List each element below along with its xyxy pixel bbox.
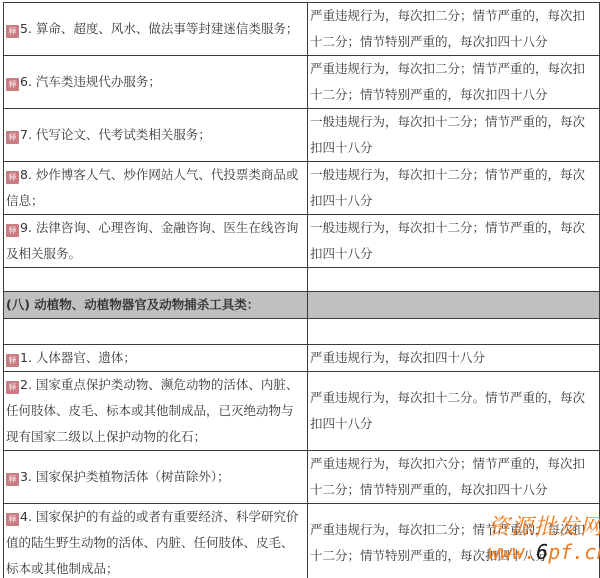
annotation-badge-icon[interactable]: 释 (6, 78, 19, 91)
table-row: 释1. 人体器官、遗体； 严重违规行为，每次扣四十八分 (4, 345, 600, 372)
table-row: 释8. 炒作博客人气、炒作网站人气、代投票类商品或信息； 一般违规行为，每次扣十… (4, 162, 600, 215)
item-cell: 释1. 人体器官、遗体； (4, 345, 308, 372)
item-cell: 释7. 代写论文、代考试类相关服务； (4, 109, 308, 162)
rules-table: 释5. 算命、超度、风水、做法事等封建迷信类服务； 严重违规行为，每次扣二分；情… (3, 2, 600, 578)
annotation-badge-icon[interactable]: 释 (6, 171, 19, 184)
annotation-badge-icon[interactable]: 释 (6, 513, 19, 526)
blank-row (4, 268, 600, 292)
table-row: 释9. 法律咨询、心理咨询、金融咨询、医生在线咨询及相关服务。 一般违规行为，每… (4, 215, 600, 268)
table-row: 释7. 代写论文、代考试类相关服务； 一般违规行为，每次扣十二分；情节严重的，每… (4, 109, 600, 162)
penalty-cell: 一般违规行为，每次扣十二分；情节严重的，每次扣四十八分 (308, 162, 600, 215)
empty-cell (4, 268, 308, 292)
penalty-cell: 一般违规行为，每次扣十二分；情节严重的，每次扣四十八分 (308, 215, 600, 268)
penalty-cell: 严重违规行为，每次扣十二分。情节严重的，每次扣四十八分 (308, 372, 600, 451)
item-text: 6. 汽车类违规代办服务； (20, 74, 161, 89)
item-cell: 释5. 算命、超度、风水、做法事等封建迷信类服务； (4, 3, 308, 56)
penalty-cell: 一般违规行为，每次扣十二分；情节严重的，每次扣四十八分 (308, 109, 600, 162)
empty-cell (4, 319, 308, 345)
annotation-badge-icon[interactable]: 释 (6, 224, 19, 237)
item-text: 3. 国家保护类植物活体（树苗除外）； (20, 469, 230, 484)
penalty-cell: 严重违规行为，每次扣二分；情节严重的，每次扣十二分；情节特别严重的，每次扣四十八… (308, 3, 600, 56)
item-text: 4. 国家保护的有益的或者有重要经济、科学研究价值的陆生野生动物的活体、内脏、任… (6, 509, 298, 576)
penalty-cell: 严重违规行为，每次扣二分；情节严重的，每次扣十二分；情节特别严重的，每次扣四十八… (308, 504, 600, 578)
annotation-badge-icon[interactable]: 释 (6, 381, 19, 394)
table-row: 释2. 国家重点保护类动物、濒危动物的活体、内脏、任何肢体、皮毛、标本或其他制成… (4, 372, 600, 451)
section-title: (八) 动植物、动植物器官及动物捕杀工具类： (4, 292, 308, 319)
empty-cell (308, 319, 600, 345)
annotation-badge-icon[interactable]: 释 (6, 131, 19, 144)
item-text: 1. 人体器官、遗体； (20, 350, 136, 365)
item-cell: 释6. 汽车类违规代办服务； (4, 56, 308, 109)
item-text: 2. 国家重点保护类动物、濒危动物的活体、内脏、任何肢体、皮毛、标本或其他制成品… (6, 377, 298, 444)
table-row: 释5. 算命、超度、风水、做法事等封建迷信类服务； 严重违规行为，每次扣二分；情… (4, 3, 600, 56)
item-text: 8. 炒作博客人气、炒作网站人气、代投票类商品或信息； (6, 167, 298, 208)
penalty-cell: 严重违规行为，每次扣六分；情节严重的，每次扣十二分；情节特别严重的，每次扣四十八… (308, 451, 600, 504)
item-text: 5. 算命、超度、风水、做法事等封建迷信类服务； (20, 21, 298, 36)
item-cell: 释8. 炒作博客人气、炒作网站人气、代投票类商品或信息； (4, 162, 308, 215)
item-cell: 释9. 法律咨询、心理咨询、金融咨询、医生在线咨询及相关服务。 (4, 215, 308, 268)
table-row: 释4. 国家保护的有益的或者有重要经济、科学研究价值的陆生野生动物的活体、内脏、… (4, 504, 600, 578)
table-row: 释6. 汽车类违规代办服务； 严重违规行为，每次扣二分；情节严重的，每次扣十二分… (4, 56, 600, 109)
annotation-badge-icon[interactable]: 释 (6, 25, 19, 38)
item-cell: 释3. 国家保护类植物活体（树苗除外）； (4, 451, 308, 504)
item-cell: 释2. 国家重点保护类动物、濒危动物的活体、内脏、任何肢体、皮毛、标本或其他制成… (4, 372, 308, 451)
penalty-cell: 严重违规行为，每次扣四十八分 (308, 345, 600, 372)
item-cell: 释4. 国家保护的有益的或者有重要经济、科学研究价值的陆生野生动物的活体、内脏、… (4, 504, 308, 578)
table-row: 释3. 国家保护类植物活体（树苗除外）； 严重违规行为，每次扣六分；情节严重的，… (4, 451, 600, 504)
annotation-badge-icon[interactable]: 释 (6, 354, 19, 367)
section-penalty-cell (308, 292, 600, 319)
penalty-cell: 严重违规行为，每次扣二分；情节严重的，每次扣十二分；情节特别严重的，每次扣四十八… (308, 56, 600, 109)
annotation-badge-icon[interactable]: 释 (6, 473, 19, 486)
empty-cell (308, 268, 600, 292)
section-header-row: (八) 动植物、动植物器官及动物捕杀工具类： (4, 292, 600, 319)
item-text: 7. 代写论文、代考试类相关服务； (20, 127, 211, 142)
item-text: 9. 法律咨询、心理咨询、金融咨询、医生在线咨询及相关服务。 (6, 220, 298, 261)
blank-row (4, 319, 600, 345)
